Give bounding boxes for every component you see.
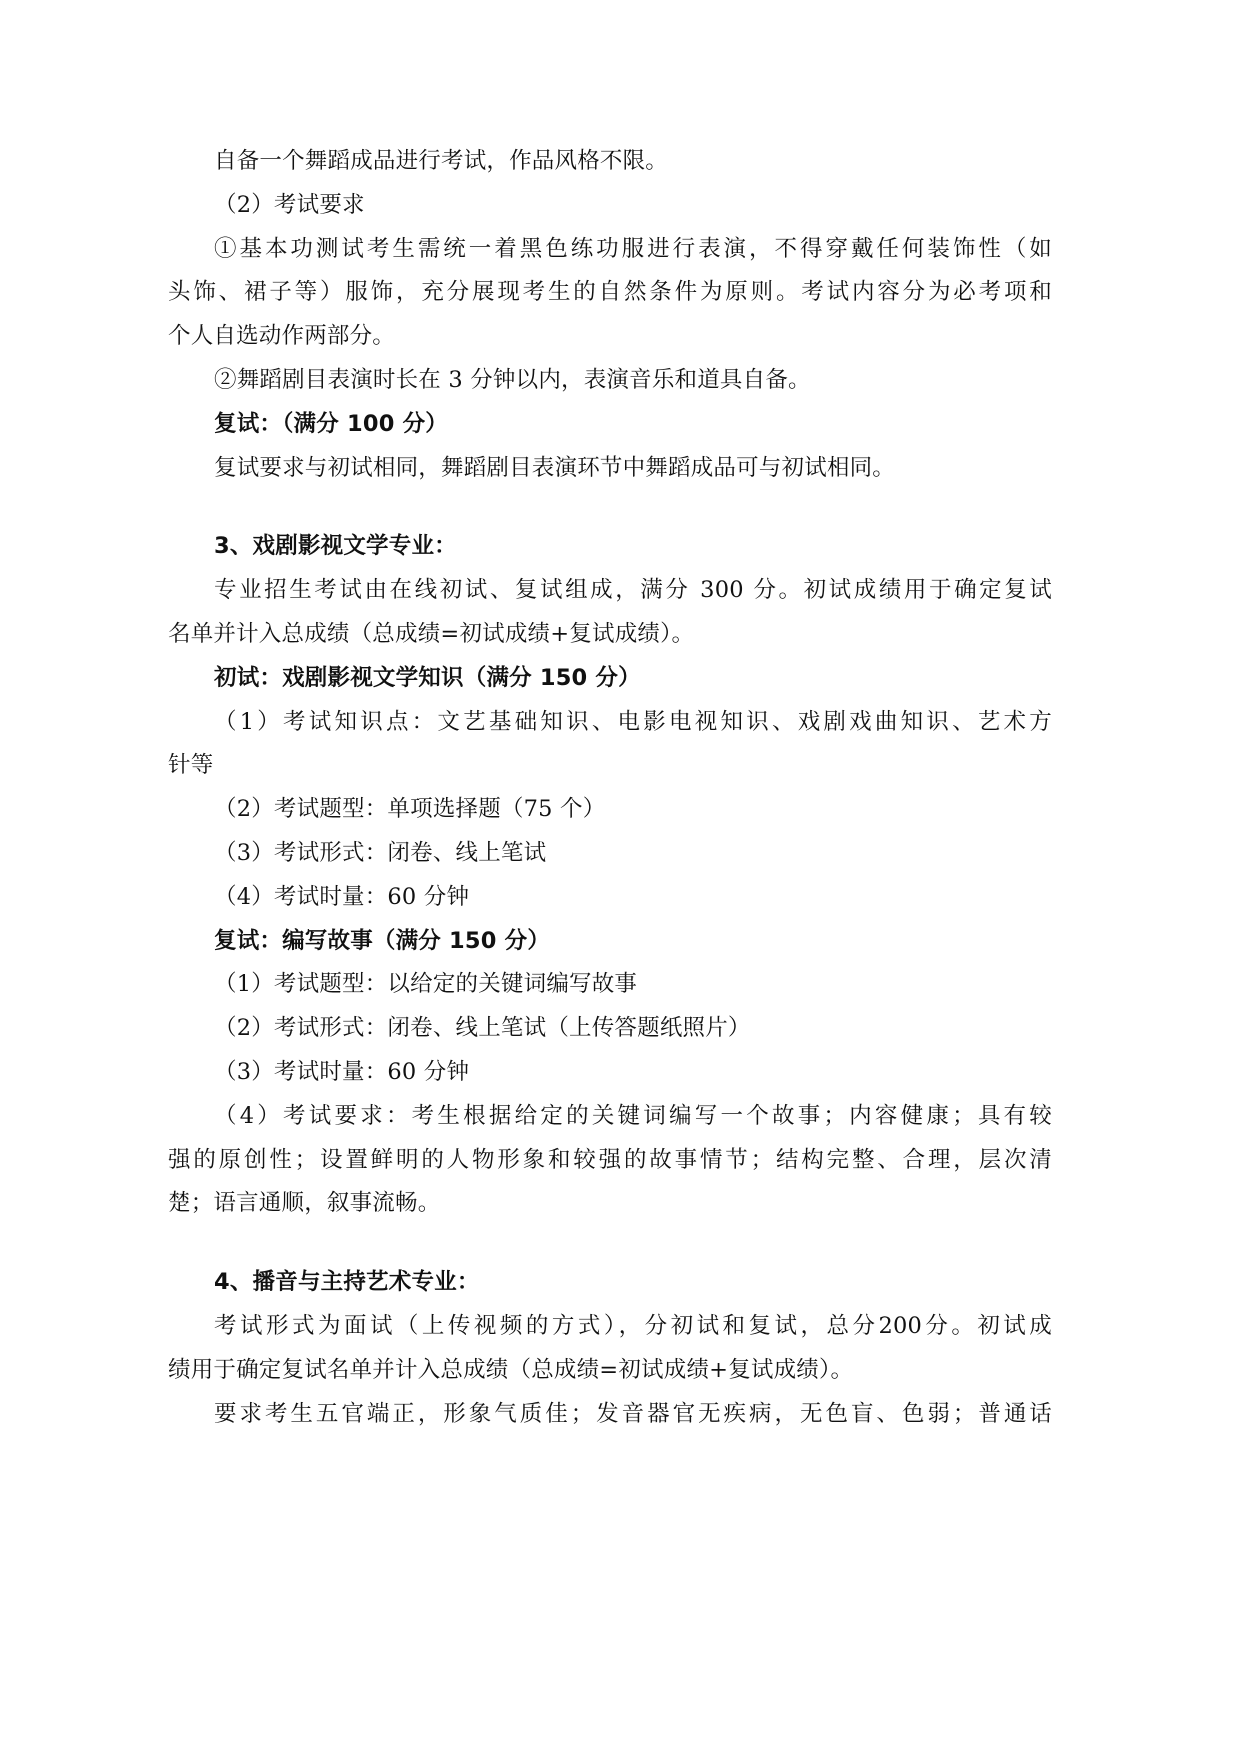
paragraph-line: 复试要求与初试相同，舞蹈剧目表演环节中舞蹈成品可与初试相同。 <box>168 447 1052 491</box>
section-heading-preliminary: 初试：戏剧影视文学知识（满分 150 分） <box>168 657 1052 701</box>
section-heading-retest-story: 复试：编写故事（满分 150 分） <box>168 920 1052 964</box>
document-page: 自备一个舞蹈成品进行考试，作品风格不限。 （2）考试要求 ①基本功测试考生需统一… <box>168 140 1052 1436</box>
paragraph-line: 名单并计入总成绩（总成绩=初试成绩+复试成绩）。 <box>168 613 1052 657</box>
section-spacer <box>168 490 1052 525</box>
paragraph-line: 自备一个舞蹈成品进行考试，作品风格不限。 <box>168 140 1052 184</box>
paragraph-line: 头饰、裙子等）服饰，充分展现考生的自然条件为原则。考试内容分为必考项和 <box>168 271 1052 315</box>
paragraph-line: 强的原创性；设置鲜明的人物形象和较强的故事情节；结构完整、合理，层次清 <box>168 1139 1052 1183</box>
section-spacer <box>168 1226 1052 1261</box>
paragraph-line: （2）考试题型：单项选择题（75 个） <box>168 788 1052 832</box>
paragraph-line: （4）考试时量：60 分钟 <box>168 876 1052 920</box>
section-heading-broadcasting-hosting: 4、播音与主持艺术专业： <box>168 1261 1052 1305</box>
paragraph-line: 考试形式为面试（上传视频的方式），分初试和复试，总分200分。初试成 <box>168 1305 1052 1349</box>
paragraph-line: ①基本功测试考生需统一着黑色练功服进行表演，不得穿戴任何装饰性（如 <box>168 228 1052 272</box>
paragraph-line: 专业招生考试由在线初试、复试组成，满分 300 分。初试成绩用于确定复试 <box>168 569 1052 613</box>
paragraph-line: ②舞蹈剧目表演时长在 3 分钟以内，表演音乐和道具自备。 <box>168 359 1052 403</box>
paragraph-line: 绩用于确定复试名单并计入总成绩（总成绩=初试成绩+复试成绩）。 <box>168 1349 1052 1393</box>
paragraph-line: 针等 <box>168 744 1052 788</box>
paragraph-line: （1）考试题型：以给定的关键词编写故事 <box>168 963 1052 1007</box>
paragraph-line: （2）考试形式：闭卷、线上笔试（上传答题纸照片） <box>168 1007 1052 1051</box>
paragraph-line: （4）考试要求：考生根据给定的关键词编写一个故事；内容健康；具有较 <box>168 1095 1052 1139</box>
section-heading-drama-film-literature: 3、戏剧影视文学专业： <box>168 525 1052 569</box>
paragraph-line: （3）考试时量：60 分钟 <box>168 1051 1052 1095</box>
paragraph-line: 个人自选动作两部分。 <box>168 315 1052 359</box>
paragraph-line: 要求考生五官端正，形象气质佳；发音器官无疾病，无色盲、色弱；普通话 <box>168 1393 1052 1437</box>
paragraph-line: （1）考试知识点：文艺基础知识、电影电视知识、戏剧戏曲知识、艺术方 <box>168 701 1052 745</box>
section-heading-retest: 复试：（满分 100 分） <box>168 403 1052 447</box>
paragraph-line: （3）考试形式：闭卷、线上笔试 <box>168 832 1052 876</box>
paragraph-line: （2）考试要求 <box>168 184 1052 228</box>
paragraph-line: 楚；语言通顺，叙事流畅。 <box>168 1182 1052 1226</box>
